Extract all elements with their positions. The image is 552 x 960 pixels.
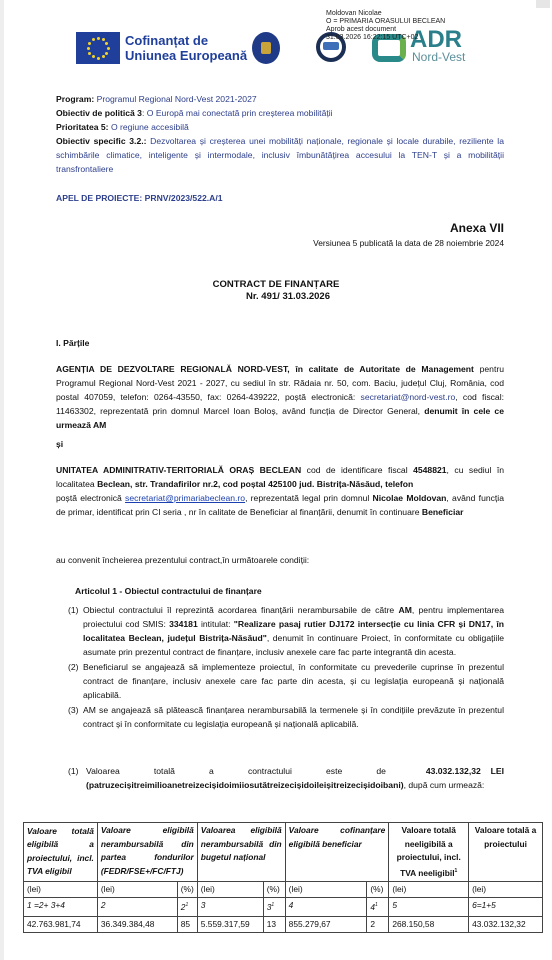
article-1-title: Articolul 1 - Obiectul contractului de f… [75, 584, 523, 598]
value-cell: 36.349.384,48 [97, 916, 177, 933]
eu-star-icon [105, 52, 108, 55]
table-values-row: 42.763.981,7436.349.384,48855.559.317,59… [24, 916, 543, 933]
eu-star-icon [92, 55, 95, 58]
signature-name: Moldovan Nicolae [326, 10, 445, 18]
unit-cell: (%) [367, 881, 389, 898]
annex-title: Anexa VII [450, 221, 504, 235]
eu-cofinancing-logo-text: Cofinanțat de Uniunea Europeană [125, 33, 247, 63]
item-text: Obiectul contractului îl reprezintă acor… [83, 605, 398, 615]
value-cell: 2 [367, 916, 389, 933]
header-total-project: Valoare totală a proiectului [469, 823, 543, 882]
eu-star-icon [97, 37, 100, 40]
beneficiary-representative: Nicolae Moldovan [373, 493, 447, 503]
item-number: (1) [68, 603, 79, 617]
item-text: AM se angajează să plătească finanțarea … [83, 705, 504, 729]
program-info: Program: Programul Regional Nord-Vest 20… [56, 92, 504, 176]
contract-total-amount: 43.032.132,32 [426, 764, 481, 778]
value-cell: 85 [177, 916, 197, 933]
priority-label: Prioritatea 5: [56, 122, 109, 132]
article-1-items: (1) Obiectul contractului îl reprezintă … [68, 603, 504, 731]
formula-cell: 31 [263, 898, 285, 916]
signature-timestamp: 31.03.2026 16:22:15 UTC+02 [326, 34, 445, 42]
financing-table: Valoare totală eligibilă a proiectului, … [23, 822, 543, 933]
call-for-projects: APEL DE PROIECTE: PRNV/2023/522.A/1 [56, 191, 504, 205]
unit-cell: (lei) [389, 881, 469, 898]
beneficiary-email-link[interactable]: secretariat@primariabeclean.ro [125, 493, 245, 503]
value-word: Valoarea [86, 764, 120, 778]
specific-objective-label: Obiectiv specific 3.2.: [56, 136, 146, 146]
eu-star-icon [102, 38, 105, 41]
item-text: Beneficiarul se angajează să implementez… [83, 662, 504, 700]
annex-version: Versiunea 5 publicată la data de 28 noie… [313, 238, 504, 248]
beneficiary-name: UNITATEA ADMINITRATIV-TERITORIALĂ ORAȘ B… [56, 465, 301, 475]
smis-code: 334181 [169, 619, 198, 629]
romanian-government-seal-icon [252, 32, 280, 64]
formula-cell: 21 [177, 898, 197, 916]
article-1-item-2: (2) Beneficiarul se angajează să impleme… [68, 660, 504, 702]
value-word: este [326, 764, 342, 778]
article-1-item-3: (3) AM se angajează să plătească finanța… [68, 703, 504, 731]
beneficiary-address: Beclean, str. Trandafirilor nr.2, cod po… [97, 479, 413, 489]
beneficiary-text-3: poștă electronică [56, 493, 125, 503]
am-email-link[interactable]: secretariat@nord-vest.ro [361, 392, 456, 402]
unit-cell: (lei) [24, 881, 98, 898]
eu-star-icon [87, 47, 90, 50]
adr-logo-subtext: Nord-Vest [412, 50, 465, 64]
value-cell: 855.279,67 [285, 916, 367, 933]
header-total-eligible: Valoare totală eligibilă a proiectului, … [24, 823, 98, 882]
formula-cell: 41 [367, 898, 389, 916]
formula-cell: 1 =2+ 3+4 [24, 898, 98, 916]
policy-objective-label: Obiectiv de politică 3 [56, 108, 142, 118]
priority-value: O regiune accesibilă [111, 122, 189, 132]
amount-in-words: (patruzecișitreimilioanetreizecișidoimii… [86, 780, 404, 790]
program-label: Program: [56, 94, 94, 104]
beneficiary-text-1: cod de identificare fiscal [301, 465, 413, 475]
footnote-mark: 1 [185, 902, 188, 908]
program-value: Programul Regional Nord-Vest 2021-2027 [97, 94, 257, 104]
value-cell: 268.150,58 [389, 916, 469, 933]
contract-title: CONTRACT DE FINANȚARE [0, 279, 552, 290]
item-bold: AM [398, 605, 411, 615]
formula-cell: 5 [389, 898, 469, 916]
value-cell: 5.559.317,59 [197, 916, 263, 933]
beneficiary-designation: Beneficiar [422, 507, 464, 517]
item-number: (2) [68, 660, 79, 674]
value-text-2: , după cum urmează: [404, 780, 485, 790]
signature-approval: Aprob acest document [326, 26, 445, 34]
formula-cell: 3 [197, 898, 263, 916]
footnote-mark: 1 [455, 868, 458, 874]
eu-star-icon [102, 55, 105, 58]
value-line-1: Valoareatotalăacontractuluiestede 43.032… [83, 764, 504, 778]
and-conjunction: și [56, 437, 504, 451]
value-item: (1) Valoareatotalăacontractuluiestede 43… [68, 764, 504, 792]
value-cell: 13 [263, 916, 285, 933]
beneficiary-fiscal-code: 4548821 [413, 465, 446, 475]
am-name: AGENȚIA DE DEZVOLTARE REGIONALĂ NORD-VES… [56, 364, 474, 374]
agreement-statement: au convenit încheierea prezentului contr… [56, 553, 504, 567]
value-word: totală [154, 764, 175, 778]
unit-cell: (lei) [97, 881, 177, 898]
contract-number: Nr. 491/ 31.03.2026 [246, 291, 330, 302]
formula-cell: 2 [97, 898, 177, 916]
signature-org: O = PRIMARIA ORASULUI BECLEAN [326, 18, 445, 26]
item-number: (1) [68, 764, 79, 778]
footnote-mark: 1 [375, 902, 378, 908]
formula-cell: 4 [285, 898, 367, 916]
eu-star-icon [105, 42, 108, 45]
policy-objective-value: : O Europă mai conectată prin creșterea … [142, 108, 333, 118]
table-formula-row: 1 =2+ 3+422133144156=1+5 [24, 898, 543, 916]
beneficiary-paragraph: UNITATEA ADMINITRATIV-TERITORIALĂ ORAȘ B… [56, 463, 504, 519]
eu-star-icon [88, 42, 91, 45]
header-beneficiary-cofinancing: Valoare cofinanțare eligibilă beneficiar [285, 823, 389, 882]
eu-star-icon [92, 38, 95, 41]
contract-currency: LEI [491, 764, 504, 778]
eu-star-icon [107, 47, 110, 50]
specific-objective-line: Obiectiv specific 3.2.: Dezvoltarea și c… [56, 134, 504, 176]
unit-cell: (%) [263, 881, 285, 898]
eu-flag-icon [76, 32, 120, 64]
unit-cell: (lei) [197, 881, 263, 898]
unit-cell: (lei) [285, 881, 367, 898]
value-word: a [209, 764, 214, 778]
unit-cell: (lei) [469, 881, 543, 898]
eu-logo-line2: Uniunea Europeană [125, 48, 247, 63]
header-eu-funds: Valoare eligibilă nerambursabilă din par… [97, 823, 197, 882]
eu-logo-line1: Cofinanțat de [125, 33, 247, 48]
table-header-row: Valoare totală eligibilă a proiectului, … [24, 823, 543, 882]
policy-objective-line: Obiectiv de politică 3: O Europă mai con… [56, 106, 504, 120]
beneficiary-text-4: , reprezentată legal prin domnul [245, 493, 372, 503]
eu-star-icon [97, 57, 100, 60]
priority-line: Prioritatea 5: O regiune accesibilă [56, 120, 504, 134]
managing-authority-paragraph: AGENȚIA DE DEZVOLTARE REGIONALĂ NORD-VES… [56, 362, 504, 432]
footnote-mark: 1 [271, 902, 274, 908]
header-ineligible-text: Valoare totală neeligibilă a proiectului… [397, 825, 461, 877]
digital-signature-stamp: Moldovan Nicolae O = PRIMARIA ORASULUI B… [326, 10, 445, 42]
unit-cell: (%) [177, 881, 197, 898]
value-cell: 43.032.132,32 [469, 916, 543, 933]
item-text: intitulat: [198, 619, 234, 629]
value-cell: 42.763.981,74 [24, 916, 98, 933]
article-1-item-1: (1) Obiectul contractului îl reprezintă … [68, 603, 504, 659]
header-ineligible: Valoare totală neeligibilă a proiectului… [389, 823, 469, 882]
value-word: de [376, 764, 386, 778]
program-line: Program: Programul Regional Nord-Vest 20… [56, 92, 504, 106]
value-line-2: (patruzecișitreimilioanetreizecișidoimii… [83, 778, 504, 792]
eu-star-icon [88, 52, 91, 55]
value-word: contractului [248, 764, 292, 778]
item-number: (3) [68, 703, 79, 717]
contract-value-clause: (1) Valoareatotalăacontractuluiestede 43… [68, 764, 504, 792]
document-page: Cofinanțat de Uniunea Europeană ADR Nord… [0, 0, 552, 960]
formula-cell: 6=1+5 [469, 898, 543, 916]
header-national-budget: Valoarea eligibilă nerambursabilă din bu… [197, 823, 285, 882]
value-text: Valoareatotalăacontractuluiestede [86, 764, 386, 778]
parties-heading: I. Părțile [56, 336, 504, 350]
table-units-row: (lei)(lei)(%)(lei)(%)(lei)(%)(lei)(lei) [24, 881, 543, 898]
